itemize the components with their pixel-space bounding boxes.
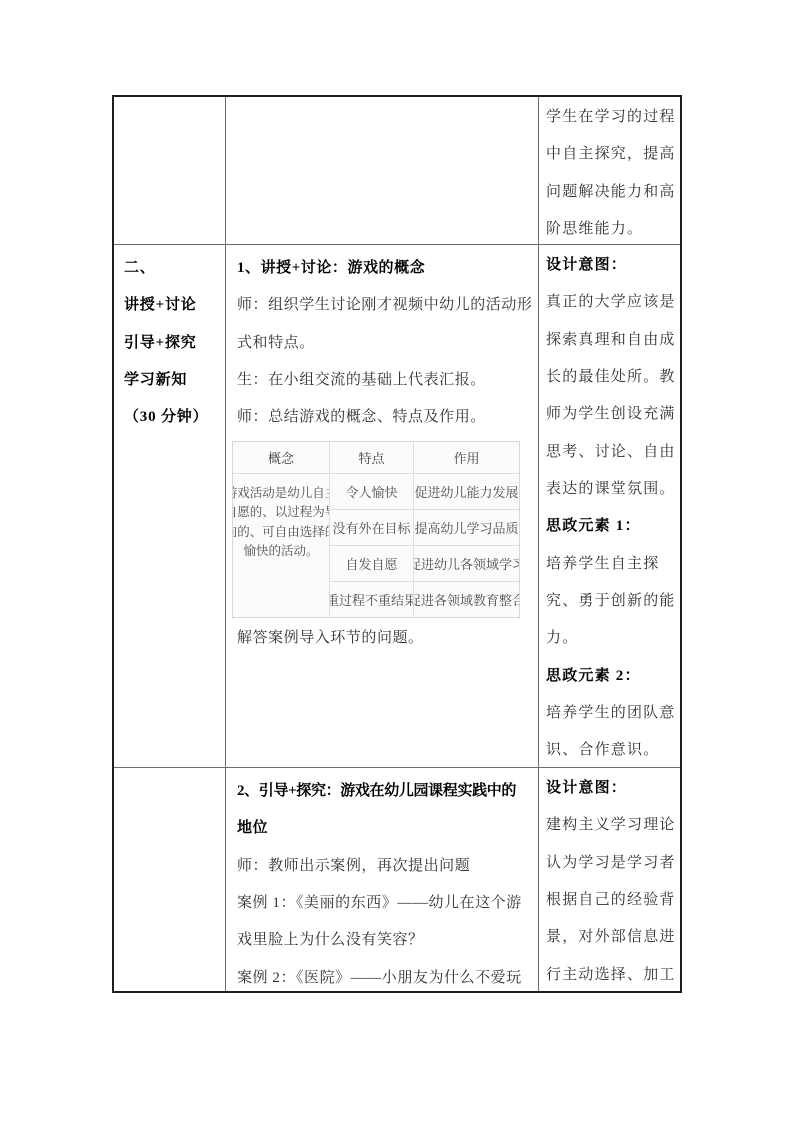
embedded-table-feature-cell: 令人愉快 [330, 474, 414, 510]
design-intent-heading: 设计意图： [546, 247, 677, 284]
embedded-table-feature-cell: 重过程不重结果 [330, 582, 414, 617]
activity-text-line: 解答案例导入环节的问题。 [237, 620, 533, 657]
sizheng1-line: 培养学生自主探 [546, 546, 677, 583]
sizheng1-line: 究、勇于创新的能 [546, 583, 677, 620]
sizheng2-line: 识、合作意识。 [546, 732, 677, 768]
concept-text-line: 愉快的活动。 [243, 542, 318, 562]
activity-section-heading: 2、引导+探究：游戏在幼儿园课程实践中的 [237, 773, 533, 810]
embedded-table-header-effect: 作用 [414, 442, 519, 474]
embedded-table-effect-cell: 促进幼儿各领域学习 [414, 546, 519, 582]
embedded-table-header-feature: 特点 [330, 442, 414, 474]
stage-duration-line: （30 分钟） [124, 399, 223, 436]
design-intent-line: 行主动选择、加工 [546, 957, 677, 991]
activity-text-line: 师：总结游戏的概念、特点及作用。 [237, 399, 533, 436]
sizheng1-line: 力。 [546, 620, 677, 657]
game-concept-embedded-table: 概念 特点 作用 游戏活动是幼儿自主 自愿的、以过程为导 向的、可自由选择的 愉… [232, 441, 520, 618]
activity-text-line: 式和特点。 [237, 325, 533, 362]
document-page: 学生在学习的过程 中自主探究，提高 问题解决能力和高 阶思维能力。 二、 讲授+… [0, 0, 794, 1123]
design-intent-line: 问题解决能力和高 [546, 174, 677, 211]
embedded-table-feature-cell: 没有外在目标 [330, 510, 414, 546]
embedded-table-effect-cell: 提高幼儿学习品质 [414, 510, 519, 546]
design-intent-line: 阶思维能力。 [546, 211, 677, 245]
embedded-table-header-concept: 概念 [233, 442, 330, 474]
design-intent-line: 认为学习是学习者 [546, 845, 677, 882]
row3-stage-cell-empty [114, 768, 226, 991]
design-intent-heading: 设计意图： [546, 770, 677, 807]
design-intent-line: 根据自己的经验背 [546, 882, 677, 919]
concept-text-line: 向的、可自由选择的 [233, 523, 330, 543]
concept-text-line: 游戏活动是幼儿自主 [233, 484, 330, 504]
embedded-table-feature-cell: 自发自愿 [330, 546, 414, 582]
activity-section-heading: 地位 [237, 810, 533, 847]
stage-label-line: 讲授+讨论 [124, 287, 223, 324]
embedded-table-concept-cell: 游戏活动是幼儿自主 自愿的、以过程为导 向的、可自由选择的 愉快的活动。 [233, 474, 330, 617]
row3-activity-cell: 2、引导+探究：游戏在幼儿园课程实践中的 地位 师：教师出示案例，再次提出问题 … [226, 768, 539, 991]
activity-section-heading: 1、讲授+讨论：游戏的概念 [237, 250, 533, 287]
stage-label-line: 学习新知 [124, 362, 223, 399]
activity-text-line: 师：教师出示案例，再次提出问题 [237, 848, 533, 885]
row2-design-cell: 设计意图： 真正的大学应该是 探索真理和自由成 长的最佳处所。教 师为学生创设充… [539, 245, 680, 768]
embedded-table-effect-cell: 促进幼儿能力发展 [414, 474, 519, 510]
design-intent-line: 长的最佳处所。教 [546, 359, 677, 396]
row3-design-cell: 设计意图： 建构主义学习理论 认为学习是学习者 根据自己的经验背 景，对外部信息… [539, 768, 680, 991]
activity-text-line: 案例 1：《美丽的东西》——幼儿在这个游 [237, 885, 533, 922]
row1-design-cell: 学生在学习的过程 中自主探究，提高 问题解决能力和高 阶思维能力。 [539, 97, 680, 245]
design-intent-line: 景，对外部信息进 [546, 919, 677, 956]
design-intent-line: 建构主义学习理论 [546, 807, 677, 844]
sizheng2-line: 培养学生的团队意 [546, 695, 677, 732]
design-intent-line: 中自主探究，提高 [546, 136, 677, 173]
activity-text-line: 案例 2：《医院》——小朋友为什么不爱玩 [237, 960, 533, 991]
sizheng1-heading: 思政元素 1： [546, 508, 677, 545]
row1-stage-cell-empty [114, 97, 226, 245]
design-intent-line: 学生在学习的过程 [546, 99, 677, 136]
design-intent-line: 师为学生创设充满 [546, 396, 677, 433]
design-intent-line: 探索真理和自由成 [546, 322, 677, 359]
lesson-plan-table: 学生在学习的过程 中自主探究，提高 问题解决能力和高 阶思维能力。 二、 讲授+… [112, 95, 682, 993]
activity-text-line: 生：在小组交流的基础上代表汇报。 [237, 362, 533, 399]
activity-text-line: 师：组织学生讨论刚才视频中幼儿的活动形 [237, 287, 533, 324]
embedded-table-effect-cell: 促进各领域教育整合 [414, 582, 519, 617]
row2-stage-cell: 二、 讲授+讨论 引导+探究 学习新知 （30 分钟） [114, 245, 226, 768]
concept-text-line: 自愿的、以过程为导 [233, 503, 330, 523]
row1-activity-cell-empty [226, 97, 539, 245]
design-intent-line: 真正的大学应该是 [546, 284, 677, 321]
activity-text-line: 戏里脸上为什么没有笑容？ [237, 922, 533, 959]
sizheng2-heading: 思政元素 2： [546, 658, 677, 695]
stage-label-line: 二、 [124, 250, 223, 287]
row2-activity-cell: 1、讲授+讨论：游戏的概念 师：组织学生讨论刚才视频中幼儿的活动形 式和特点。 … [226, 245, 539, 768]
stage-label-line: 引导+探究 [124, 325, 223, 362]
design-intent-line: 表达的课堂氛围。 [546, 471, 677, 508]
design-intent-line: 思考、讨论、自由 [546, 434, 677, 471]
